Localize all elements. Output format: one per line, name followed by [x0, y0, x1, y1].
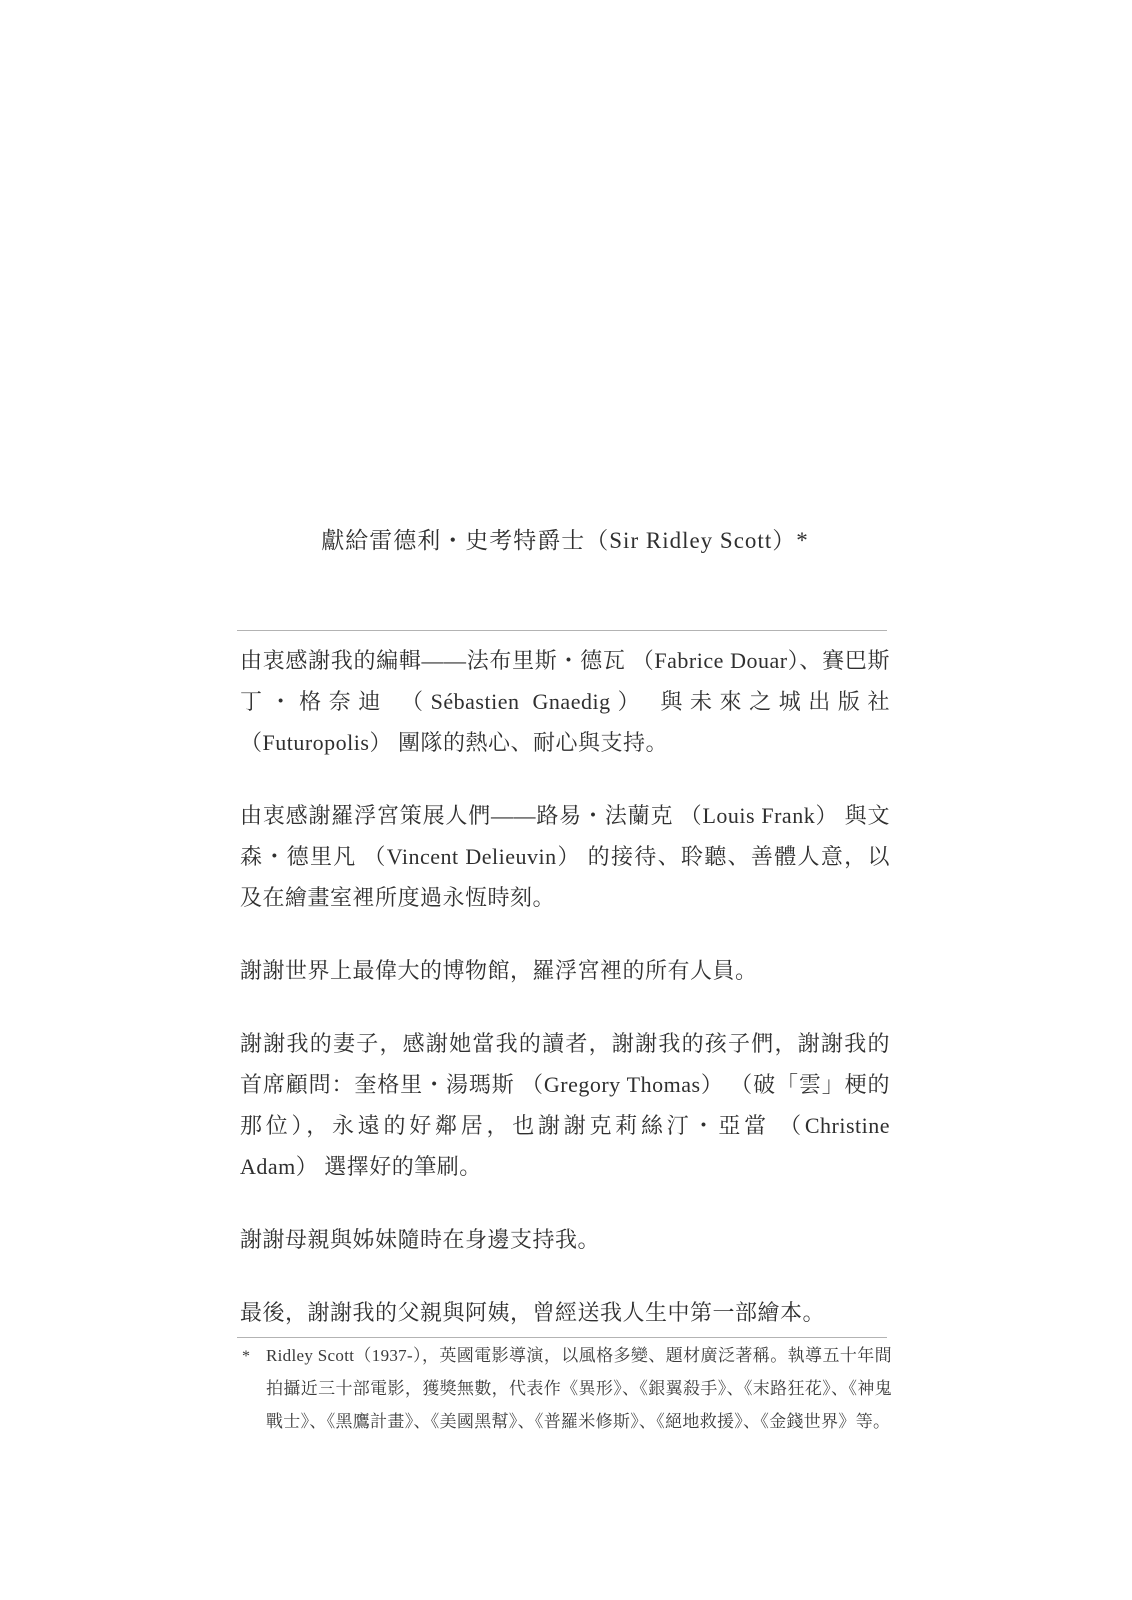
footnote-text: Ridley Scott（1937-），英國電影導演，以風格多變、題材廣泛著稱。… [266, 1346, 892, 1431]
footnote: * Ridley Scott（1937-），英國電影導演，以風格多變、題材廣泛著… [240, 1339, 892, 1438]
acknowledgments-body: 由衷感謝我的編輯——法布里斯・德瓦 （Fabrice Douar）、賽巴斯丁・格… [240, 640, 890, 1365]
divider-footnote [237, 1337, 887, 1338]
paragraph-editors: 由衷感謝我的編輯——法布里斯・德瓦 （Fabrice Douar）、賽巴斯丁・格… [240, 640, 890, 763]
footnote-asterisk: * [242, 1340, 250, 1373]
divider-top [237, 630, 887, 631]
book-page: 獻給雷德利・史考特爵士（Sir Ridley Scott）* 由衷感謝我的編輯—… [0, 0, 1132, 1600]
paragraph-mother-sisters: 謝謝母親與姊妹隨時在身邊支持我。 [240, 1219, 890, 1260]
paragraph-family-friends: 謝謝我的妻子，感謝她當我的讀者，謝謝我的孩子們，謝謝我的首席顧問：奎格里・湯瑪斯… [240, 1023, 890, 1187]
paragraph-museum: 謝謝世界上最偉大的博物館，羅浮宮裡的所有人員。 [240, 950, 890, 991]
footnote-body: * Ridley Scott（1937-），英國電影導演，以風格多變、題材廣泛著… [240, 1339, 892, 1438]
dedication-line: 獻給雷德利・史考特爵士（Sir Ridley Scott）* [240, 522, 890, 555]
paragraph-curators: 由衷感謝羅浮宮策展人們——路易・法蘭克 （Louis Frank） 與文森・德里… [240, 795, 890, 918]
paragraph-father-aunt: 最後，謝謝我的父親與阿姨，曾經送我人生中第一部繪本。 [240, 1292, 890, 1333]
